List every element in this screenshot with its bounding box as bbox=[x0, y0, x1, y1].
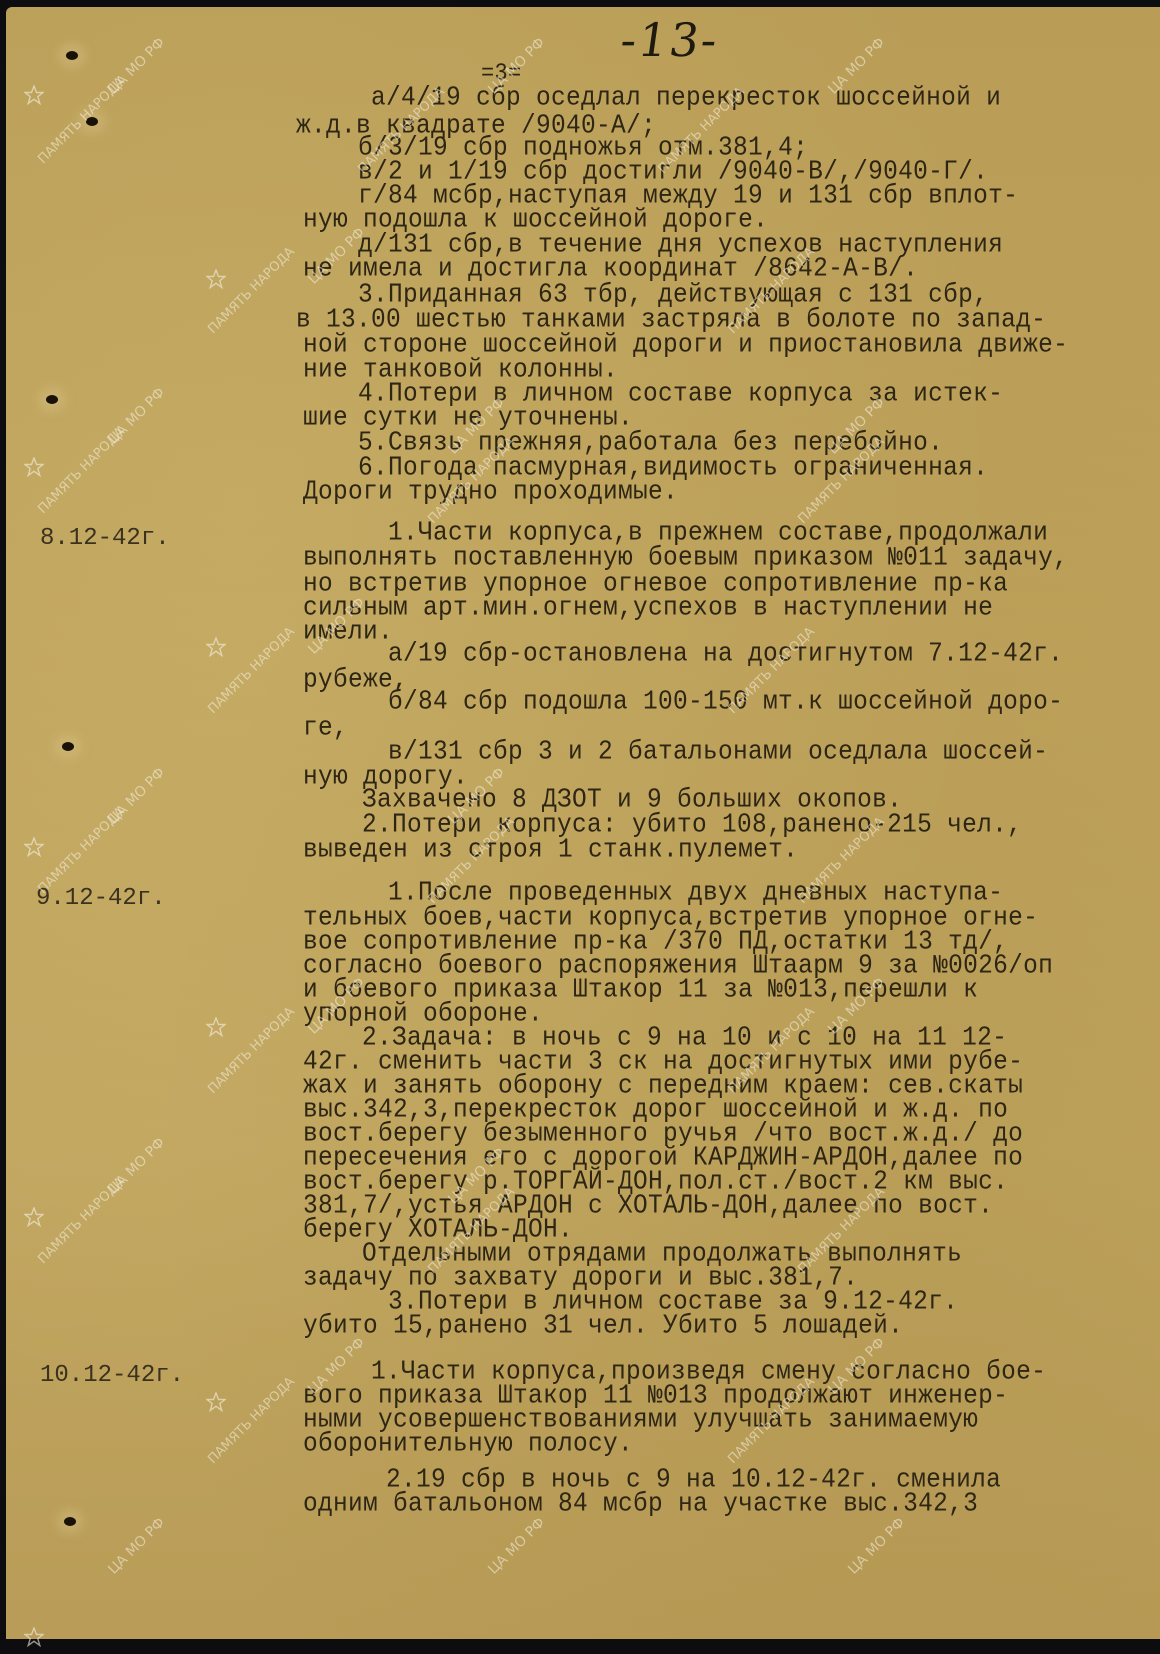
star-icon bbox=[206, 269, 226, 289]
text-line: а/4/19 сбр оседлал перекресток шоссейной… bbox=[371, 84, 1001, 113]
text-line: одним батальоном 84 мсбр на участке выс.… bbox=[303, 1490, 978, 1519]
star-icon bbox=[24, 1627, 44, 1647]
star-icon bbox=[206, 1392, 226, 1412]
text-line: Дороги трудно проходимые. bbox=[303, 478, 678, 507]
punch-hole bbox=[66, 51, 78, 60]
text-line: б/84 сбр подошла 100-150 мт.к шоссейной … bbox=[388, 688, 1063, 717]
entry-date: 9.12-42г. bbox=[36, 885, 166, 912]
star-icon bbox=[24, 1207, 44, 1227]
watermark-project: ПАМЯТЬ НАРОДА bbox=[36, 425, 128, 517]
punch-hole bbox=[64, 1517, 76, 1526]
text-line: выполнять поставленную боевым приказом №… bbox=[303, 544, 1068, 573]
text-line: имели. bbox=[303, 618, 393, 647]
text-line: выведен из строя 1 станк.пулемет. bbox=[303, 836, 798, 865]
text-line: оборонительную полосу. bbox=[303, 1430, 633, 1459]
handwritten-page-number: -13- bbox=[617, 13, 722, 67]
star-icon bbox=[24, 85, 44, 105]
punch-hole bbox=[46, 395, 58, 404]
watermark-project: ПАМЯТЬ НАРОДА bbox=[36, 75, 128, 167]
watermark-archive: ЦА МО РФ bbox=[106, 35, 167, 96]
watermark-project: ПАМЯТЬ НАРОДА bbox=[206, 1005, 298, 1097]
watermark-archive: ЦА МО РФ bbox=[106, 385, 167, 446]
text-line: а/19 сбр-остановлена на достигнутом 7.12… bbox=[388, 640, 1063, 669]
watermark-archive: ЦА МО РФ bbox=[846, 1515, 907, 1576]
watermark-archive: ЦА МО РФ bbox=[106, 765, 167, 826]
watermark-project: ПАМЯТЬ НАРОДА bbox=[36, 805, 128, 897]
star-icon bbox=[206, 1017, 226, 1037]
text-line: не имела и достигла координат /8642-А-В/… bbox=[303, 255, 918, 284]
watermark-project: ПАМЯТЬ НАРОДА bbox=[206, 1375, 298, 1467]
watermark-project: ПАМЯТЬ НАРОДА bbox=[206, 625, 298, 717]
watermark-project: ПАМЯТЬ НАРОДА bbox=[206, 245, 298, 337]
document-page: -13- =3= а/4/19 сбр оседлал перекресток … bbox=[6, 7, 1160, 1639]
star-icon bbox=[24, 837, 44, 857]
watermark-archive: ЦА МО РФ bbox=[106, 1515, 167, 1576]
watermark-archive: ЦА МО РФ bbox=[486, 1515, 547, 1576]
text-line: убито 15,ранено 31 чел. Убито 5 лошадей. bbox=[303, 1312, 903, 1341]
star-icon bbox=[206, 637, 226, 657]
entry-date: 10.12-42г. bbox=[40, 1362, 184, 1389]
text-line: в/131 сбр 3 и 2 батальонами оседлала шос… bbox=[388, 738, 1048, 767]
text-line: сильным арт.мин.огнем,успехов в наступле… bbox=[303, 594, 993, 623]
star-icon bbox=[24, 457, 44, 477]
watermark-project: ПАМЯТЬ НАРОДА bbox=[36, 1175, 128, 1267]
watermark-archive: ЦА МО РФ bbox=[106, 1135, 167, 1196]
text-line: ге, bbox=[303, 714, 348, 743]
punch-hole bbox=[62, 742, 74, 751]
entry-date: 8.12-42г. bbox=[40, 525, 170, 552]
punch-hole bbox=[86, 117, 98, 126]
